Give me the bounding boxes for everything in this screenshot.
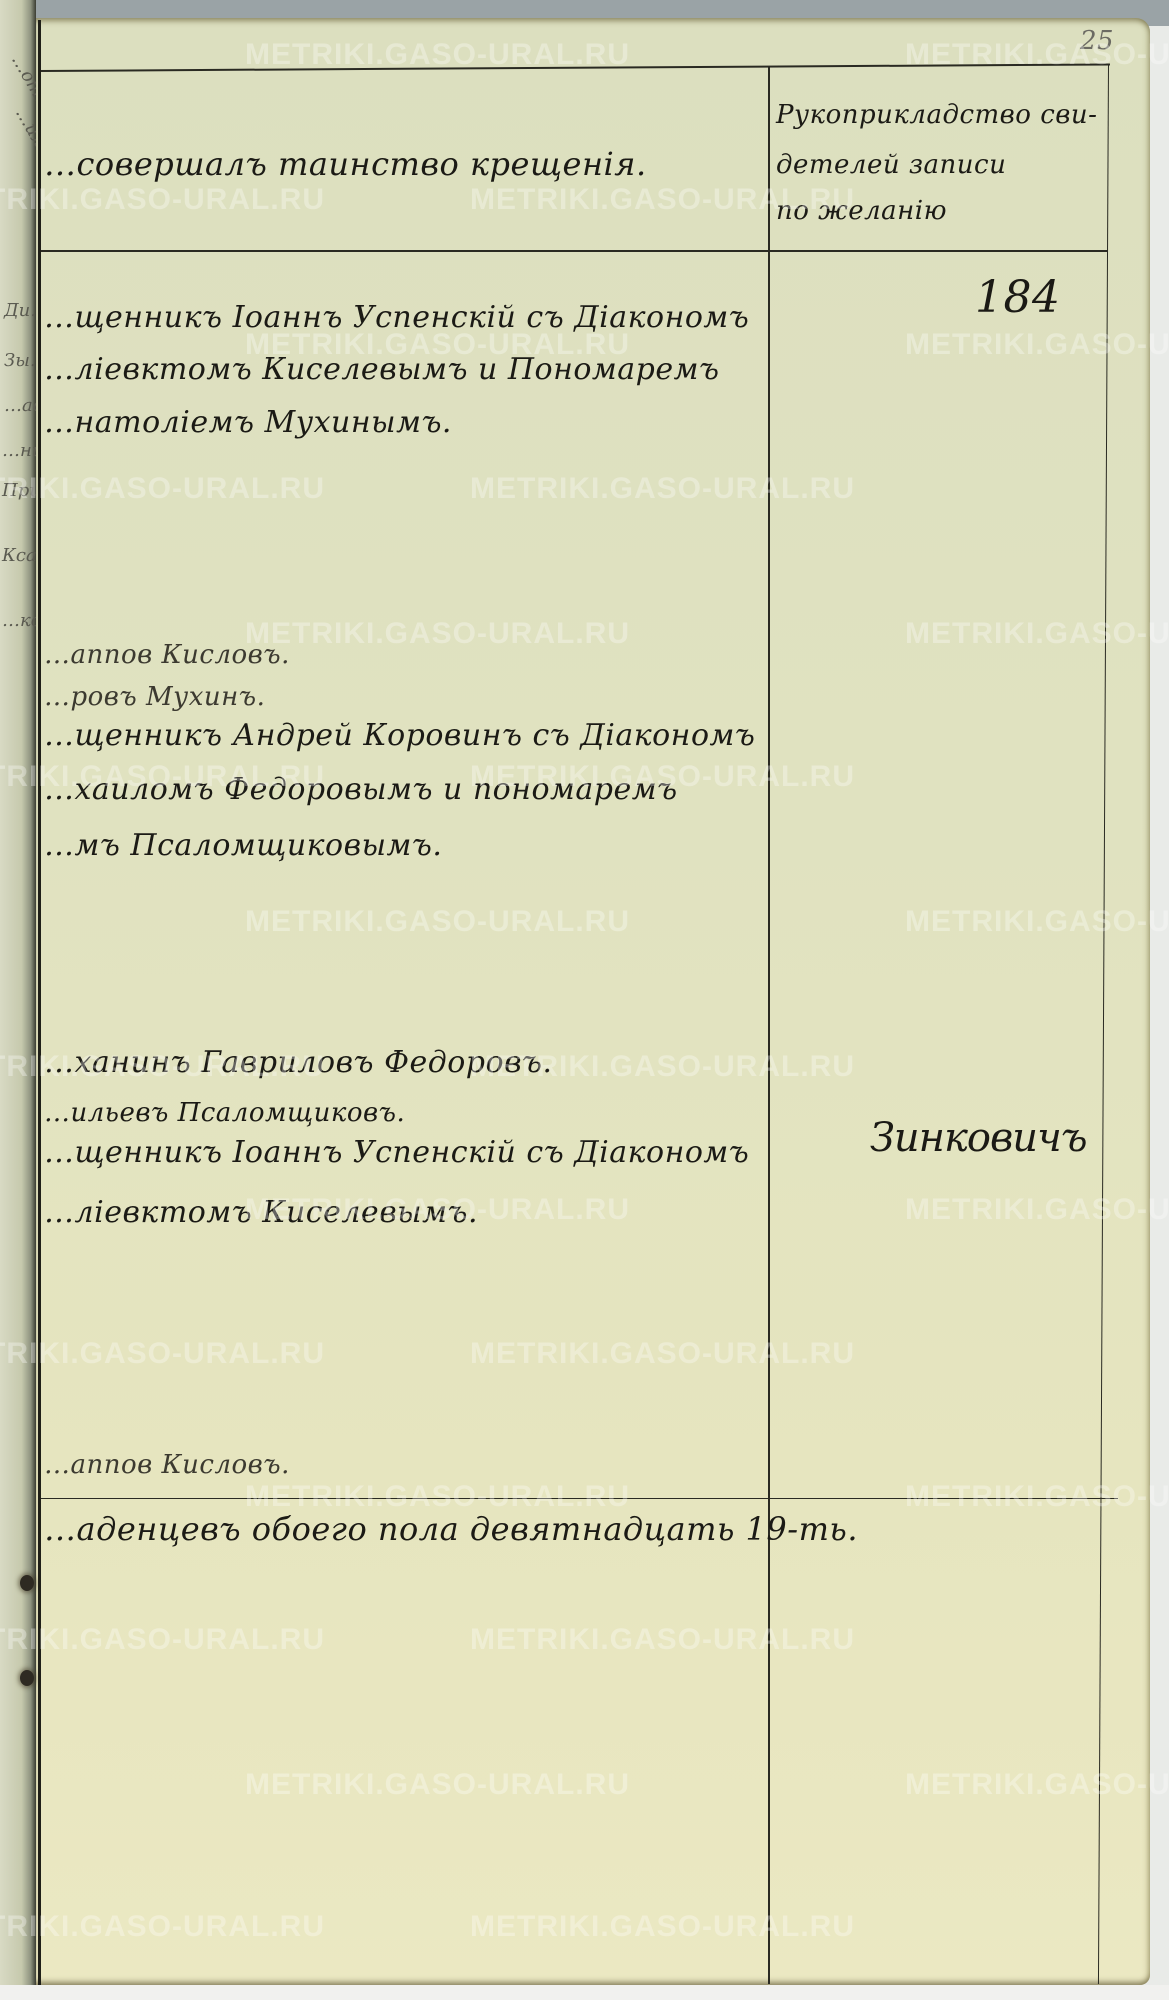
header-left-column: …совершалъ таинство крещенія. (44, 145, 647, 183)
header-bottom-rule (40, 250, 1108, 252)
watermark: METRIKI.GASO-URAL.RU (470, 472, 855, 506)
watermark: METRIKI.GASO-URAL.RU (0, 1910, 325, 1944)
watermark: METRIKI.GASO-URAL.RU (905, 905, 1169, 939)
entry-2-line: …щенникъ Андрей Коровинъ съ Діакономъ (44, 718, 755, 753)
watermark: METRIKI.GASO-URAL.RU (245, 1193, 630, 1227)
watermark: METRIKI.GASO-URAL.RU (905, 1768, 1169, 1802)
watermark: METRIKI.GASO-URAL.RU (470, 1337, 855, 1371)
entry-1-line: …натоліемъ Мухинымъ. (44, 405, 452, 440)
watermark: METRIKI.GASO-URAL.RU (0, 472, 325, 506)
scan-background-bottom (0, 1985, 1169, 2000)
watermark: METRIKI.GASO-URAL.RU (0, 1337, 325, 1371)
watermark: METRIKI.GASO-URAL.RU (905, 38, 1169, 72)
left-border (38, 20, 41, 1985)
watermark: METRIKI.GASO-URAL.RU (245, 905, 630, 939)
entry-2-line: …ровъ Мухинъ. (44, 682, 265, 712)
watermark: METRIKI.GASO-URAL.RU (470, 1623, 855, 1657)
watermark: METRIKI.GASO-URAL.RU (0, 1050, 325, 1084)
watermark: METRIKI.GASO-URAL.RU (245, 617, 630, 651)
watermark: METRIKI.GASO-URAL.RU (245, 1480, 630, 1514)
watermark: METRIKI.GASO-URAL.RU (245, 328, 630, 362)
watermark: METRIKI.GASO-URAL.RU (470, 1910, 855, 1944)
binding-hole (20, 1670, 34, 1686)
watermark: METRIKI.GASO-URAL.RU (0, 760, 325, 794)
watermark: METRIKI.GASO-URAL.RU (905, 328, 1169, 362)
entry-3-line: …щенникъ Іоаннъ Успенскій съ Діакономъ (44, 1135, 749, 1170)
column-divider (768, 66, 770, 1984)
watermark: METRIKI.GASO-URAL.RU (470, 1050, 855, 1084)
header-right-line: Рукоприкладство сви- (776, 100, 1097, 130)
entry-1-record-number: 184 (975, 272, 1060, 323)
watermark: METRIKI.GASO-URAL.RU (905, 617, 1169, 651)
entry-4-line: …аппов Кисловъ. (44, 1450, 290, 1480)
watermark: METRIKI.GASO-URAL.RU (0, 183, 325, 217)
watermark: METRIKI.GASO-URAL.RU (470, 183, 855, 217)
entry-3-line: …ильевъ Псаломщиковъ. (44, 1098, 405, 1128)
header-right-line: детелей записи (776, 150, 1006, 180)
watermark: METRIKI.GASO-URAL.RU (245, 1768, 630, 1802)
watermark: METRIKI.GASO-URAL.RU (905, 1480, 1169, 1514)
binding-hole (20, 1575, 34, 1591)
watermark: METRIKI.GASO-URAL.RU (470, 760, 855, 794)
watermark: METRIKI.GASO-URAL.RU (0, 1623, 325, 1657)
witness-signature: Зинковичъ (870, 1115, 1087, 1161)
entry-2-line: …мъ Псаломщиковымъ. (44, 828, 442, 863)
summary-total-line: …аденцевъ обоего пола девятнадцать 19-ть… (44, 1510, 858, 1548)
watermark: METRIKI.GASO-URAL.RU (905, 1193, 1169, 1227)
watermark: METRIKI.GASO-URAL.RU (245, 38, 630, 72)
